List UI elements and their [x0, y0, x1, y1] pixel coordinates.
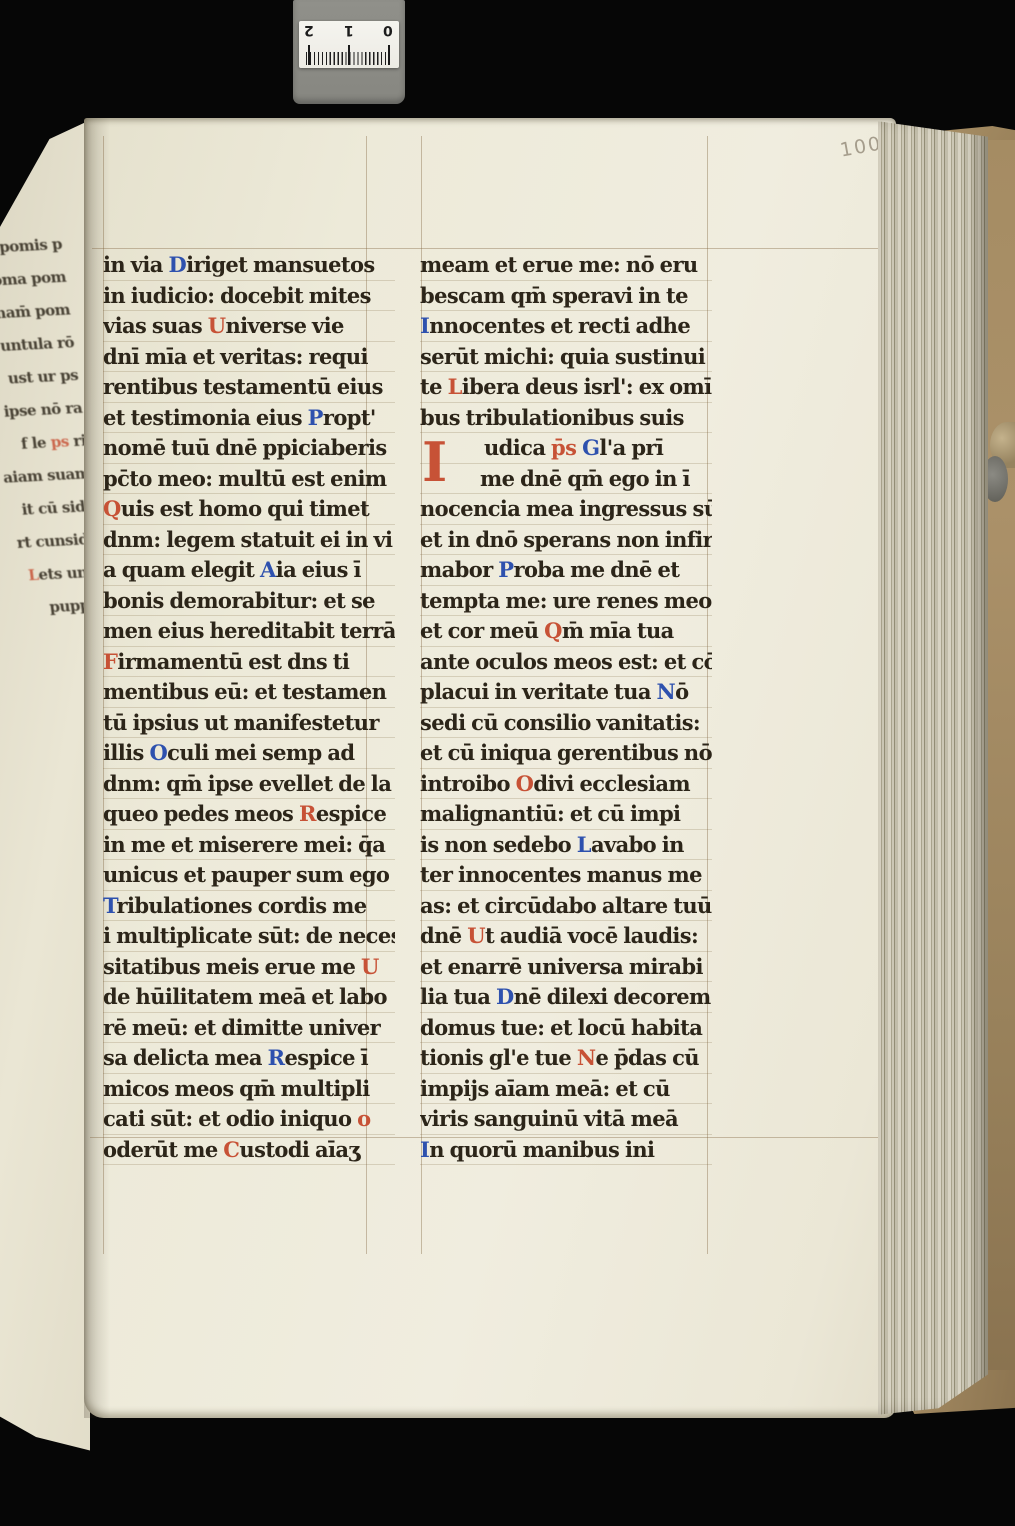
text-segment: irmamentū est dns ti [117, 649, 349, 674]
text-segment: ō [675, 679, 688, 704]
text-segment: iriget mansuetos [186, 252, 375, 277]
text-segment: dnī mīa et veritas: requi [103, 344, 368, 369]
text-segment: nam̄ pom [0, 301, 71, 323]
text-segment: meam et erue me: nō eru [420, 252, 698, 277]
text-line: dnm: qm̄ ipse evellet de la [103, 769, 395, 800]
text-segment: placui in veritate tua [420, 679, 657, 704]
text-segment: roba me dnē et [514, 557, 680, 582]
text-line: bescam qm̄ speravi in te [420, 281, 712, 312]
text-segment: vias suas [103, 313, 208, 338]
text-segment: dnm: legem statuit ei in vi [103, 527, 392, 552]
text-line: impijs aīam meā: et cū [420, 1074, 712, 1105]
text-segment: divi ecclesiam [533, 771, 690, 796]
text-line: cati sūt: et odio iniquo o [103, 1104, 395, 1135]
text-segment: nē dilexi decorem [514, 984, 711, 1009]
text-line: men eius hereditabit terrā [103, 616, 395, 647]
text-segment: et cū iniqua gerentibus nō [420, 740, 712, 765]
versal-initial: F [103, 649, 117, 674]
text-line: mabor Proba me dnē et [420, 555, 712, 586]
text-line: et cū iniqua gerentibus nō [420, 738, 712, 769]
text-line: micos meos qm̄ multipli [103, 1074, 395, 1105]
text-line: queo pedes meos Respice [103, 799, 395, 830]
text-segment: tū ipsius ut manifestetur [103, 710, 379, 735]
text-line: pc̄to meo: multū est enim [103, 464, 395, 495]
text-segment: queo pedes meos [103, 801, 299, 826]
text-segment: unicus et pauper sum ego [103, 862, 389, 887]
text-line: nomē tuū dnē ppiciaberis [103, 433, 395, 464]
versal-initial: P [308, 405, 323, 430]
text-line: viris sanguinū vitā meā [420, 1104, 712, 1135]
text-segment: rē meū: et dimitte univer [103, 1015, 380, 1040]
text-segment: i multiplicate sūt: de neces [103, 923, 395, 948]
text-segment: sitatibus meis erue me [103, 954, 361, 979]
text-line: et enarrē universa mirabi [420, 952, 712, 983]
text-line: rentibus testamentū eius [103, 372, 395, 403]
text-segment: niverse vie [225, 313, 343, 338]
text-line: bonis demorabitur: et se [103, 586, 395, 617]
manuscript-photo: pomis ppoma pomnam̄ pomuntula rōust ur … [0, 0, 1015, 1526]
text-segment: n quorū manibus ini [429, 1137, 654, 1162]
text-segment: ia eius ī [276, 557, 361, 582]
text-line: sitatibus meis erue me U [103, 952, 395, 983]
text-line: sedi cū consilio vanitatis: [420, 708, 712, 739]
text-line: Firmamentū est dns ti [103, 647, 395, 678]
text-segment: mentibus eū: et testamen [103, 679, 386, 704]
text-line: ante oculos meos est: et cō [420, 647, 712, 678]
text-segment: uis est homo qui timet [121, 496, 369, 521]
binding-cover-edge [984, 140, 1015, 1370]
text-segment: ust ur ps [7, 366, 79, 388]
text-segment: sedi cū consilio vanitatis: [420, 710, 700, 735]
text-segment: nnocentes et recti adhe [429, 313, 690, 338]
text-line: Tribulationes cordis me [103, 891, 395, 922]
text-line: dnī mīa et veritas: requi [103, 342, 395, 373]
versal-initial: U [361, 954, 379, 979]
text-line: as: et circūdabo altare tuū [420, 891, 712, 922]
text-segment: udica [484, 435, 551, 460]
text-line: unicus et pauper sum ego [103, 860, 395, 891]
ruler-tick-cm [348, 45, 350, 65]
text-line: ter innocentes manus me [420, 860, 712, 891]
text-line: nocencia mea ingressus sū: [420, 494, 712, 525]
text-segment: dnm: qm̄ ipse evellet de la [103, 771, 391, 796]
versal-initial-large: I [422, 433, 447, 464]
text-segment: culi mei semp ad [167, 740, 354, 765]
text-line: bus tribulationibus suis [420, 403, 712, 434]
text-segment: domus tue: et locū habita [420, 1015, 702, 1040]
text-segment: malignantiū: et cū impi [420, 801, 680, 826]
text-line: Iudica p̄s Gl'a prī [420, 433, 712, 464]
text-column-right: meam et erue me: nō erubescam qm̄ sperav… [420, 250, 712, 1165]
text-segment: espice [316, 801, 386, 826]
text-line: rē meū: et dimitte univer [103, 1013, 395, 1044]
versal-initial: Q [544, 618, 562, 643]
versal-initial: I [420, 313, 429, 338]
text-line: et testimonia eius Propt' [103, 403, 395, 434]
text-line: a quam elegit Aia eius ī [103, 555, 395, 586]
versal-initial: Q [103, 496, 121, 521]
ruler-tick-cm [308, 45, 310, 65]
ruler-label-1: 1 [344, 22, 354, 38]
versal-initial: G [582, 435, 599, 460]
text-segment: micos meos qm̄ multipli [103, 1076, 370, 1101]
text-segment: dnē [420, 923, 467, 948]
ruler-label-2: 2 [304, 22, 314, 38]
text-segment: bus tribulationibus suis [420, 405, 684, 430]
text-segment: tempta me: ure renes meos [420, 588, 712, 613]
text-segment: in via [103, 252, 168, 277]
text-line: In quorū manibus ini [420, 1135, 712, 1166]
text-line: et cor meū Qm̄ mīa tua [420, 616, 712, 647]
text-line: in via Diriget mansuetos [103, 250, 395, 281]
ruler-tab: 2 1 0 [293, 0, 405, 104]
text-column-left: in via Diriget mansuetosin iudicio: doce… [103, 250, 395, 1165]
text-segment: as: et circūdabo altare tuū [420, 893, 712, 918]
text-segment: et enarrē universa mirabi [420, 954, 703, 979]
text-segment: e p̄das cū [595, 1045, 698, 1070]
folio-number: 100 [838, 132, 883, 161]
text-line: i multiplicate sūt: de neces [103, 921, 395, 952]
text-segment: de hūilitatem meā et labo [103, 984, 387, 1009]
versal-initial: I [420, 1137, 429, 1162]
versal-initial: L [448, 374, 462, 399]
facing-page: pomis ppoma pomnam̄ pomuntula rōust ur … [0, 112, 90, 1464]
text-segment: lia tua [420, 984, 496, 1009]
text-line: introibo Odivi ecclesiam [420, 769, 712, 800]
text-line: de hūilitatem meā et labo [103, 982, 395, 1013]
text-segment: rentibus testamentū eius [103, 374, 383, 399]
versal-initial: O [149, 740, 167, 765]
text-line: sa delicta mea Respice ī [103, 1043, 395, 1074]
versal-initial: p̄s [551, 435, 582, 460]
text-segment: mabor [420, 557, 498, 582]
text-line: me dnē qm̄ ego in ī [420, 464, 712, 495]
versal-initial: U [208, 313, 226, 338]
versal-initial: D [496, 984, 514, 1009]
text-line: tū ipsius ut manifestetur [103, 708, 395, 739]
text-line: illis Oculi mei semp ad [103, 738, 395, 769]
text-segment: oderūt me [103, 1137, 223, 1162]
text-line: domus tue: et locū habita [420, 1013, 712, 1044]
text-line: is non sedebo Lavabo in [420, 830, 712, 861]
versal-initial: L [577, 832, 591, 857]
text-line: et in dnō sperans non infir [420, 525, 712, 556]
text-segment: ribulationes cordis me [117, 893, 367, 918]
versal-initial: N [657, 679, 676, 704]
text-line: oderūt me Custodi aīaʒ [103, 1135, 395, 1166]
text-segment: introibo [420, 771, 516, 796]
text-line: dnm: legem statuit ei in vi [103, 525, 395, 556]
ruler-tick-cm [388, 45, 390, 65]
text-line: tempta me: ure renes meos [420, 586, 712, 617]
ruling-line-horizontal [92, 248, 880, 249]
versal-initial: A [260, 557, 276, 582]
text-segment: viris sanguinū vitā meā [420, 1106, 678, 1131]
text-segment: et testimonia eius [103, 405, 308, 430]
text-line: te Libera deus isrl': ex omī [420, 372, 712, 403]
text-segment: pc̄to meo: multū est enim [103, 466, 387, 491]
text-segment: nomē tuū dnē ppiciaberis [103, 435, 387, 460]
text-line: tionis gl'e tue Ne p̄das cū [420, 1043, 712, 1074]
text-segment: m̄ mīa tua [562, 618, 674, 643]
text-segment: ustodi aīaʒ [239, 1137, 359, 1162]
text-segment: illis [103, 740, 149, 765]
text-segment: ipse nō ra [3, 399, 83, 421]
text-segment: aiam suam [2, 464, 91, 486]
text-segment: nocencia mea ingressus sū: [420, 496, 712, 521]
versal-initial: P [498, 557, 513, 582]
versal-initial: N [577, 1045, 596, 1070]
text-line: Quis est homo qui timet [103, 494, 395, 525]
versal-initial: U [467, 923, 485, 948]
text-segment: tionis gl'e tue [420, 1045, 577, 1070]
text-line: lia tua Dnē dilexi decorem [420, 982, 712, 1013]
text-segment: a quam elegit [103, 557, 260, 582]
text-segment: t audiā vocē laudis: [485, 923, 698, 948]
versal-initial: D [168, 252, 186, 277]
text-segment: bescam qm̄ speravi in te [420, 283, 688, 308]
text-segment: et cor meū [420, 618, 544, 643]
text-line: mentibus eū: et testamen [103, 677, 395, 708]
text-segment: me dnē qm̄ ego in ī [480, 466, 690, 491]
text-segment: pomis p [0, 235, 63, 256]
versal-initial: T [103, 893, 117, 918]
text-segment: bonis demorabitur: et se [103, 588, 375, 613]
text-line: placui in veritate tua Nō [420, 677, 712, 708]
text-line: malignantiū: et cū impi [420, 799, 712, 830]
text-segment: ter innocentes manus me [420, 862, 702, 887]
text-segment: impijs aīam meā: et cū [420, 1076, 670, 1101]
text-segment: poma pom [0, 268, 67, 290]
text-segment: in me et miserere mei: q̄a [103, 832, 385, 857]
text-segment: ante oculos meos est: et cō [420, 649, 712, 674]
text-segment: espice ī [285, 1045, 368, 1070]
text-segment: ropt' [323, 405, 376, 430]
text-segment: avabo in [591, 832, 684, 857]
text-segment: sa delicta mea [103, 1045, 268, 1070]
text-segment: is non sedebo [420, 832, 577, 857]
ruler-scale: 2 1 0 [299, 21, 399, 68]
text-segment: untula rō [0, 333, 75, 355]
text-line: dnē Ut audiā vocē laudis: [420, 921, 712, 952]
text-segment: l'a prī [599, 435, 663, 460]
text-segment: in iudicio: docebit mites [103, 283, 371, 308]
ruler-label-0: 0 [383, 22, 393, 38]
text-line: vias suas Universe vie [103, 311, 395, 342]
text-segment: ibera deus isrl': ex omī [462, 374, 712, 399]
versal-initial: R [299, 801, 316, 826]
text-segment: cati sūt: et odio iniquo [103, 1106, 357, 1131]
versal-initial: O [516, 771, 534, 796]
versal-initial: ps [50, 432, 70, 451]
versal-initial: C [223, 1137, 239, 1162]
text-line: Innocentes et recti adhe [420, 311, 712, 342]
text-segment: serūt michi: quia sustinui [420, 344, 705, 369]
text-line: in iudicio: docebit mites [103, 281, 395, 312]
text-line: meam et erue me: nō eru [420, 250, 712, 281]
manuscript-page: in via Diriget mansuetosin iudicio: doce… [84, 118, 896, 1418]
text-line: serūt michi: quia sustinui [420, 342, 712, 373]
text-line: in me et miserere mei: q̄a [103, 830, 395, 861]
fore-edge-page-stack [878, 116, 988, 1416]
versal-initial: o [357, 1106, 370, 1131]
versal-initial: R [268, 1045, 285, 1070]
text-segment: te [420, 374, 448, 399]
text-segment: et in dnō sperans non infir [420, 527, 712, 552]
text-segment: f le [20, 433, 52, 452]
text-segment: men eius hereditabit terrā [103, 618, 395, 643]
